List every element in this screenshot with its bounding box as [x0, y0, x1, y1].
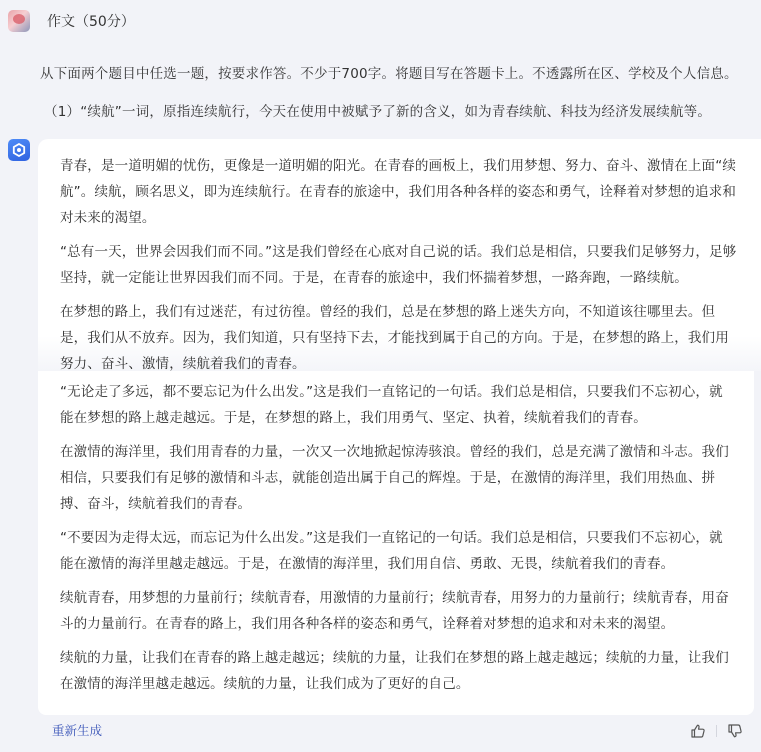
user-avatar	[8, 10, 30, 32]
answer-paragraph: 续航青春，用梦想的力量前行；续航青春，用激情的力量前行；续航青春，用努力的力量前…	[60, 585, 732, 637]
prompt-instruction: 从下面两个题目中任选一题，按要求作答。不少于700字。将题目写在答题卡上。不透露…	[40, 62, 738, 82]
answer-paragraph: 在激情的海洋里，我们用青春的力量，一次又一次地掀起惊涛骇浪。曾经的我们，总是充满…	[60, 439, 732, 517]
answer-paragraph: 青春，是一道明媚的忧伤，更像是一道明媚的阳光。在青春的画板上，我们用梦想、努力、…	[60, 153, 739, 231]
answer-paragraph: 在梦想的路上，我们有过迷茫，有过彷徨。曾经的我们，总是在梦想的路上迷失方向，不知…	[60, 299, 739, 377]
answer-paragraph: “总有一天，世界会因我们而不同。”这是我们曾经在心底对自己说的话。我们总是相信，…	[60, 239, 739, 291]
answer-panel-bottom: “无论走了多远，都不要忘记为什么出发。”这是我们一直铭记的一句话。我们总是相信，…	[38, 371, 754, 715]
answer-panel-top: 青春，是一道明媚的忧伤，更像是一道明媚的阳光。在青春的画板上，我们用梦想、努力、…	[38, 139, 761, 371]
answer-paragraph: “无论走了多远，都不要忘记为什么出发。”这是我们一直铭记的一句话。我们总是相信，…	[60, 379, 732, 431]
thumbs-down-icon[interactable]	[727, 723, 743, 739]
regenerate-button[interactable]: 重新生成	[52, 721, 102, 739]
user-message-header: 作文（50分）	[8, 10, 135, 32]
answer-paragraph: “不要因为走得太远，而忘记为什么出发。”这是我们一直铭记的一句话。我们总是相信，…	[60, 525, 732, 577]
feedback-bar	[690, 723, 743, 739]
assistant-logo-icon	[8, 139, 30, 161]
thumbs-up-icon[interactable]	[690, 723, 706, 739]
feedback-divider	[716, 725, 717, 737]
answer-paragraph: 续航的力量，让我们在青春的路上越走越远；续航的力量，让我们在梦想的路上越走越远；…	[60, 645, 732, 697]
user-message-title: 作文（50分）	[47, 11, 135, 31]
prompt-topic: （1）“续航”一词，原指连续航行，今天在使用中被赋予了新的含义，如为青春续航、科…	[44, 100, 711, 120]
